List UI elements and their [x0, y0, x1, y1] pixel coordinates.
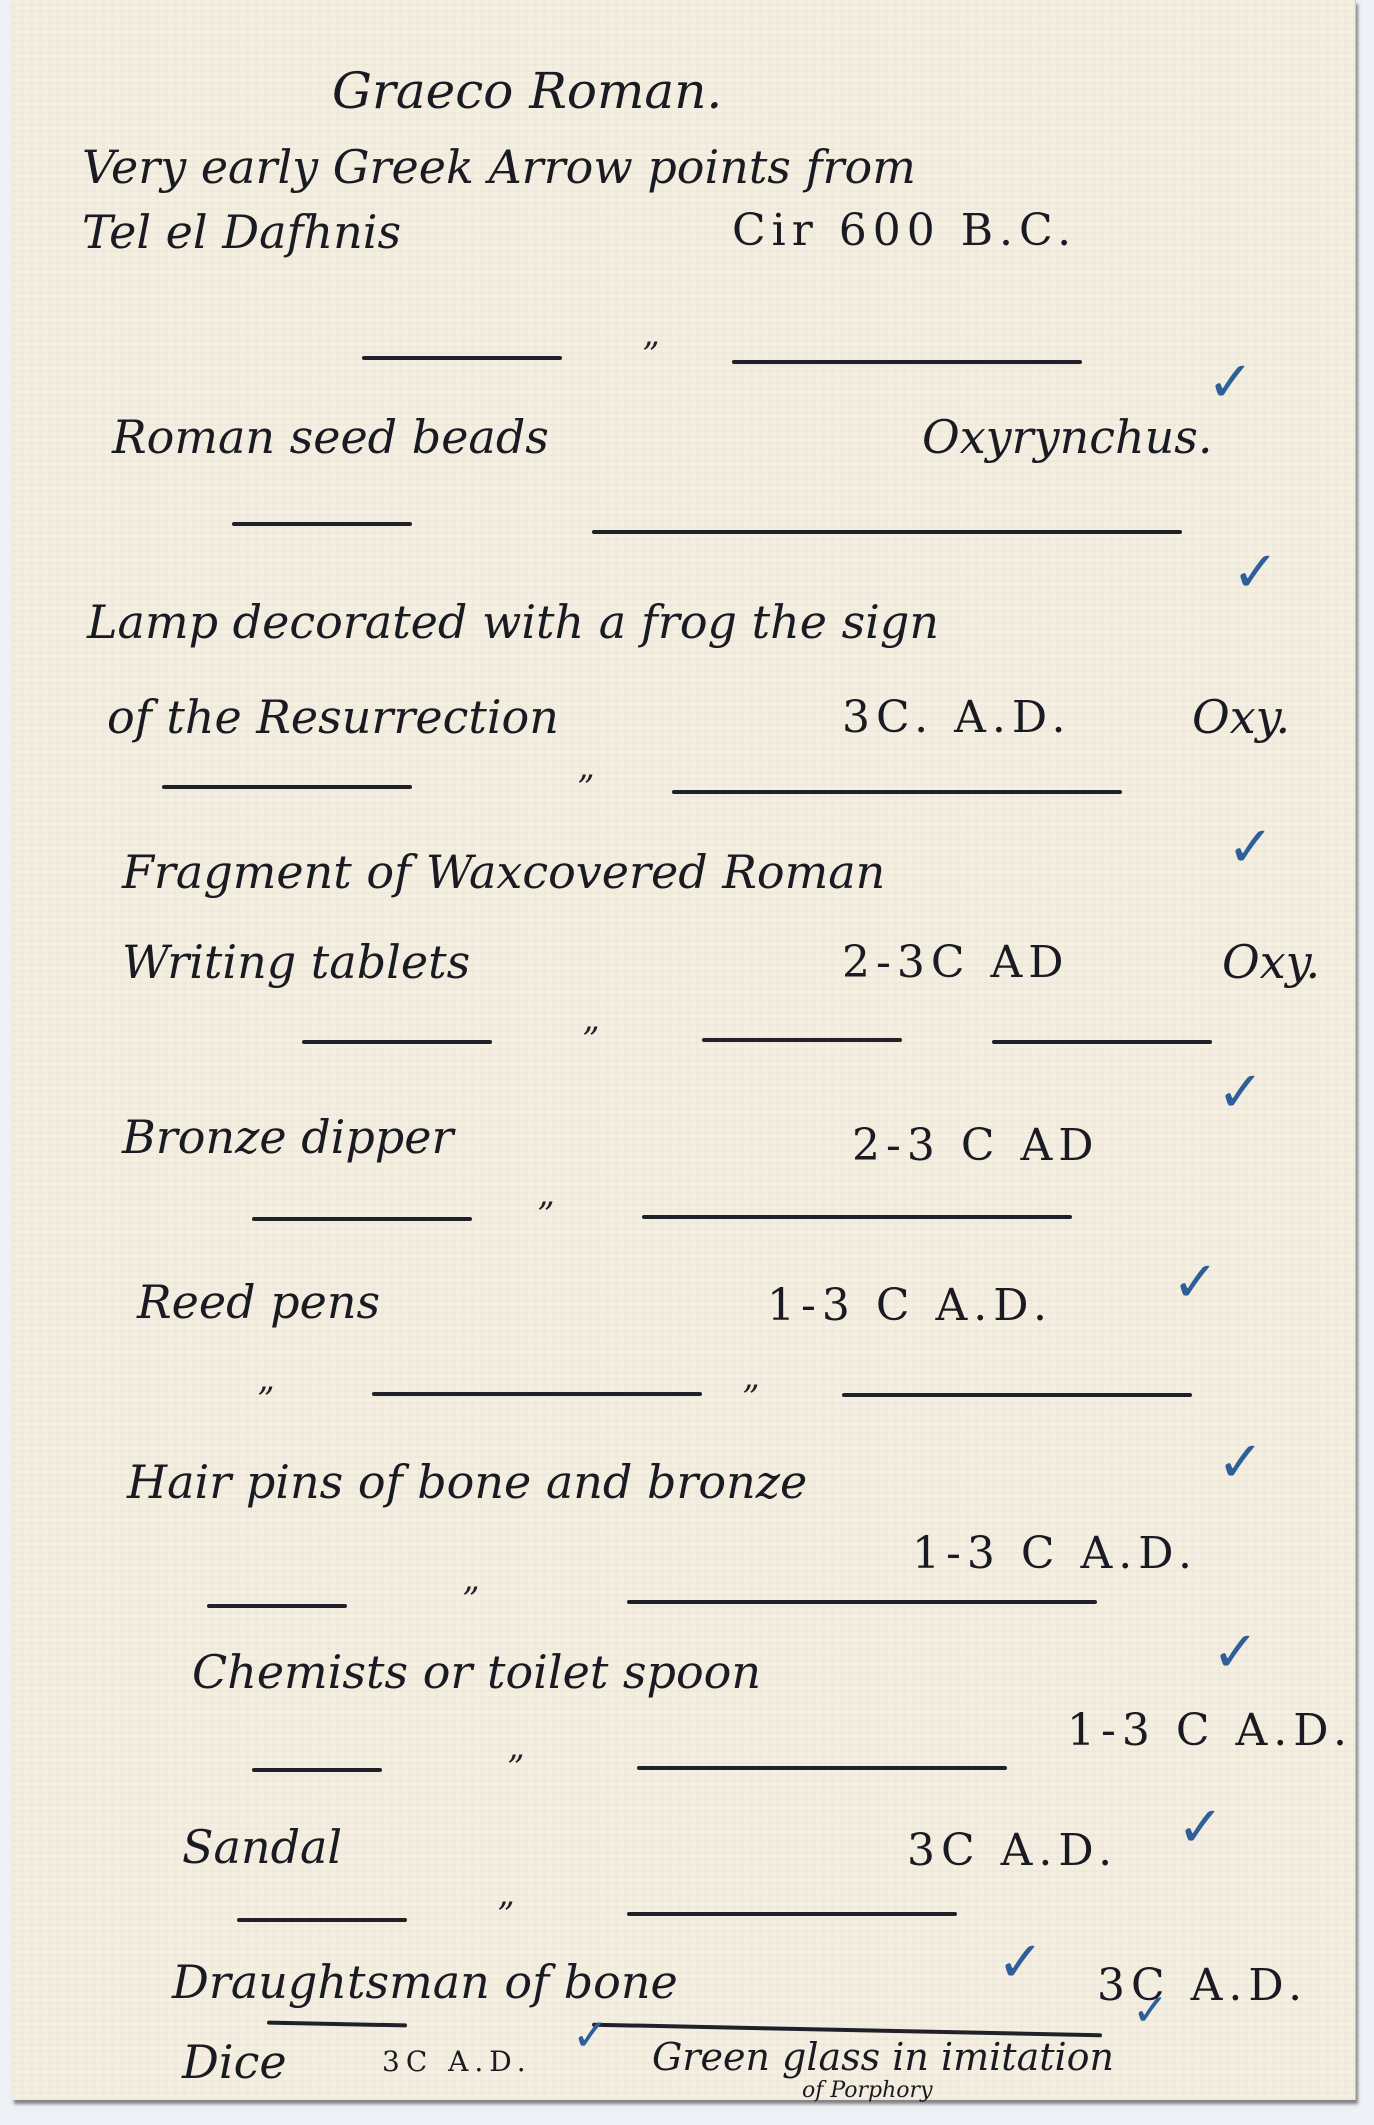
- separator: [372, 1392, 702, 1396]
- ditto-mark: ”: [507, 1748, 524, 1788]
- entry-9-date: 3C A.D.: [1097, 1960, 1308, 2011]
- entry-0-line2: Tel el Dafhnis: [82, 205, 401, 259]
- entry-8-line1: Sandal: [182, 1820, 342, 1874]
- ditto-mark: ”: [642, 335, 659, 375]
- separator: [302, 1040, 492, 1044]
- entry-4-line1: Bronze dipper: [122, 1110, 453, 1164]
- ditto-mark: ”: [742, 1378, 759, 1418]
- separator: [627, 1912, 957, 1916]
- check-mark-icon: ✓: [1172, 1250, 1219, 1315]
- underline: [267, 2021, 407, 2028]
- entry-3-line2: Writing tablets: [122, 935, 470, 989]
- ditto-mark: ”: [462, 1580, 479, 1620]
- entry-10-line1: Dice: [182, 2035, 287, 2089]
- separator: [252, 1768, 382, 1772]
- check-mark-icon: ✓: [1132, 1985, 1169, 2036]
- ditto-mark: ”: [497, 1895, 514, 1935]
- ditto-mark: ”: [537, 1195, 554, 1235]
- entry-0-date: Cir 600 B.C.: [732, 205, 1077, 256]
- separator: [672, 790, 1122, 794]
- separator: [642, 1215, 1072, 1219]
- separator: [992, 1040, 1212, 1044]
- separator: [232, 522, 412, 526]
- separator: [252, 1217, 472, 1221]
- entry-1-line1: Roman seed beads: [112, 410, 549, 464]
- final-note-sub: of Porphory: [802, 2078, 933, 2103]
- entry-2-line2: of the Resurrection: [107, 690, 559, 744]
- separator: [842, 1393, 1192, 1397]
- entry-3-line1: Fragment of Waxcovered Roman: [122, 845, 885, 899]
- separator: [637, 1766, 1007, 1770]
- separator: [592, 530, 1182, 534]
- check-mark-icon: ✓: [1212, 1620, 1259, 1685]
- entry-4-date: 2-3 C AD: [852, 1120, 1100, 1171]
- entry-8-date: 3C A.D.: [907, 1825, 1118, 1876]
- entry-2-date: 3C. A.D.: [842, 692, 1072, 743]
- entry-5-line1: Reed pens: [137, 1275, 380, 1329]
- separator: [702, 1038, 902, 1042]
- check-mark-icon: ✓: [1177, 1795, 1224, 1860]
- ditto-mark: ”: [582, 1020, 599, 1060]
- check-mark-icon: ✓: [997, 1930, 1044, 1995]
- entry-6-date: 1-3 C A.D.: [912, 1528, 1198, 1579]
- entry-10-date: 3C A.D.: [382, 2045, 532, 2078]
- entry-0-line1: Very early Greek Arrow points from: [82, 140, 916, 194]
- separator: [362, 356, 562, 360]
- ditto-mark: ”: [257, 1380, 274, 1420]
- final-note: Green glass in imitation: [652, 2035, 1114, 2079]
- entry-1-place: Oxyrynchus.: [922, 410, 1213, 464]
- entry-3-place: Oxy.: [1222, 935, 1320, 989]
- separator: [732, 360, 1082, 364]
- entry-7-date: 1-3 C A.D.: [1067, 1705, 1353, 1756]
- separator: [627, 1600, 1097, 1604]
- check-mark-icon: ✓: [572, 2010, 609, 2061]
- entry-3-date: 2-3C AD: [842, 937, 1070, 988]
- check-mark-icon: ✓: [1232, 540, 1279, 605]
- entry-7-line1: Chemists or toilet spoon: [192, 1645, 761, 1699]
- check-mark-icon: ✓: [1217, 1060, 1264, 1125]
- entry-2-place: Oxy.: [1192, 690, 1290, 744]
- separator: [207, 1604, 347, 1608]
- entry-9-line1: Draughtsman of bone: [172, 1955, 678, 2009]
- ditto-mark: ”: [577, 768, 594, 808]
- check-mark-icon: ✓: [1207, 350, 1254, 415]
- entry-5-date: 1-3 C A.D.: [767, 1280, 1053, 1331]
- document-title: Graeco Roman.: [332, 62, 722, 120]
- separator: [237, 1918, 407, 1922]
- entry-2-line1: Lamp decorated with a frog the sign: [87, 595, 939, 649]
- check-mark-icon: ✓: [1217, 1430, 1264, 1495]
- entry-6-line1: Hair pins of bone and bronze: [127, 1455, 807, 1509]
- check-mark-icon: ✓: [1227, 815, 1274, 880]
- handwritten-card: Graeco Roman. Very early Greek Arrow poi…: [12, 0, 1356, 2100]
- separator: [162, 785, 412, 789]
